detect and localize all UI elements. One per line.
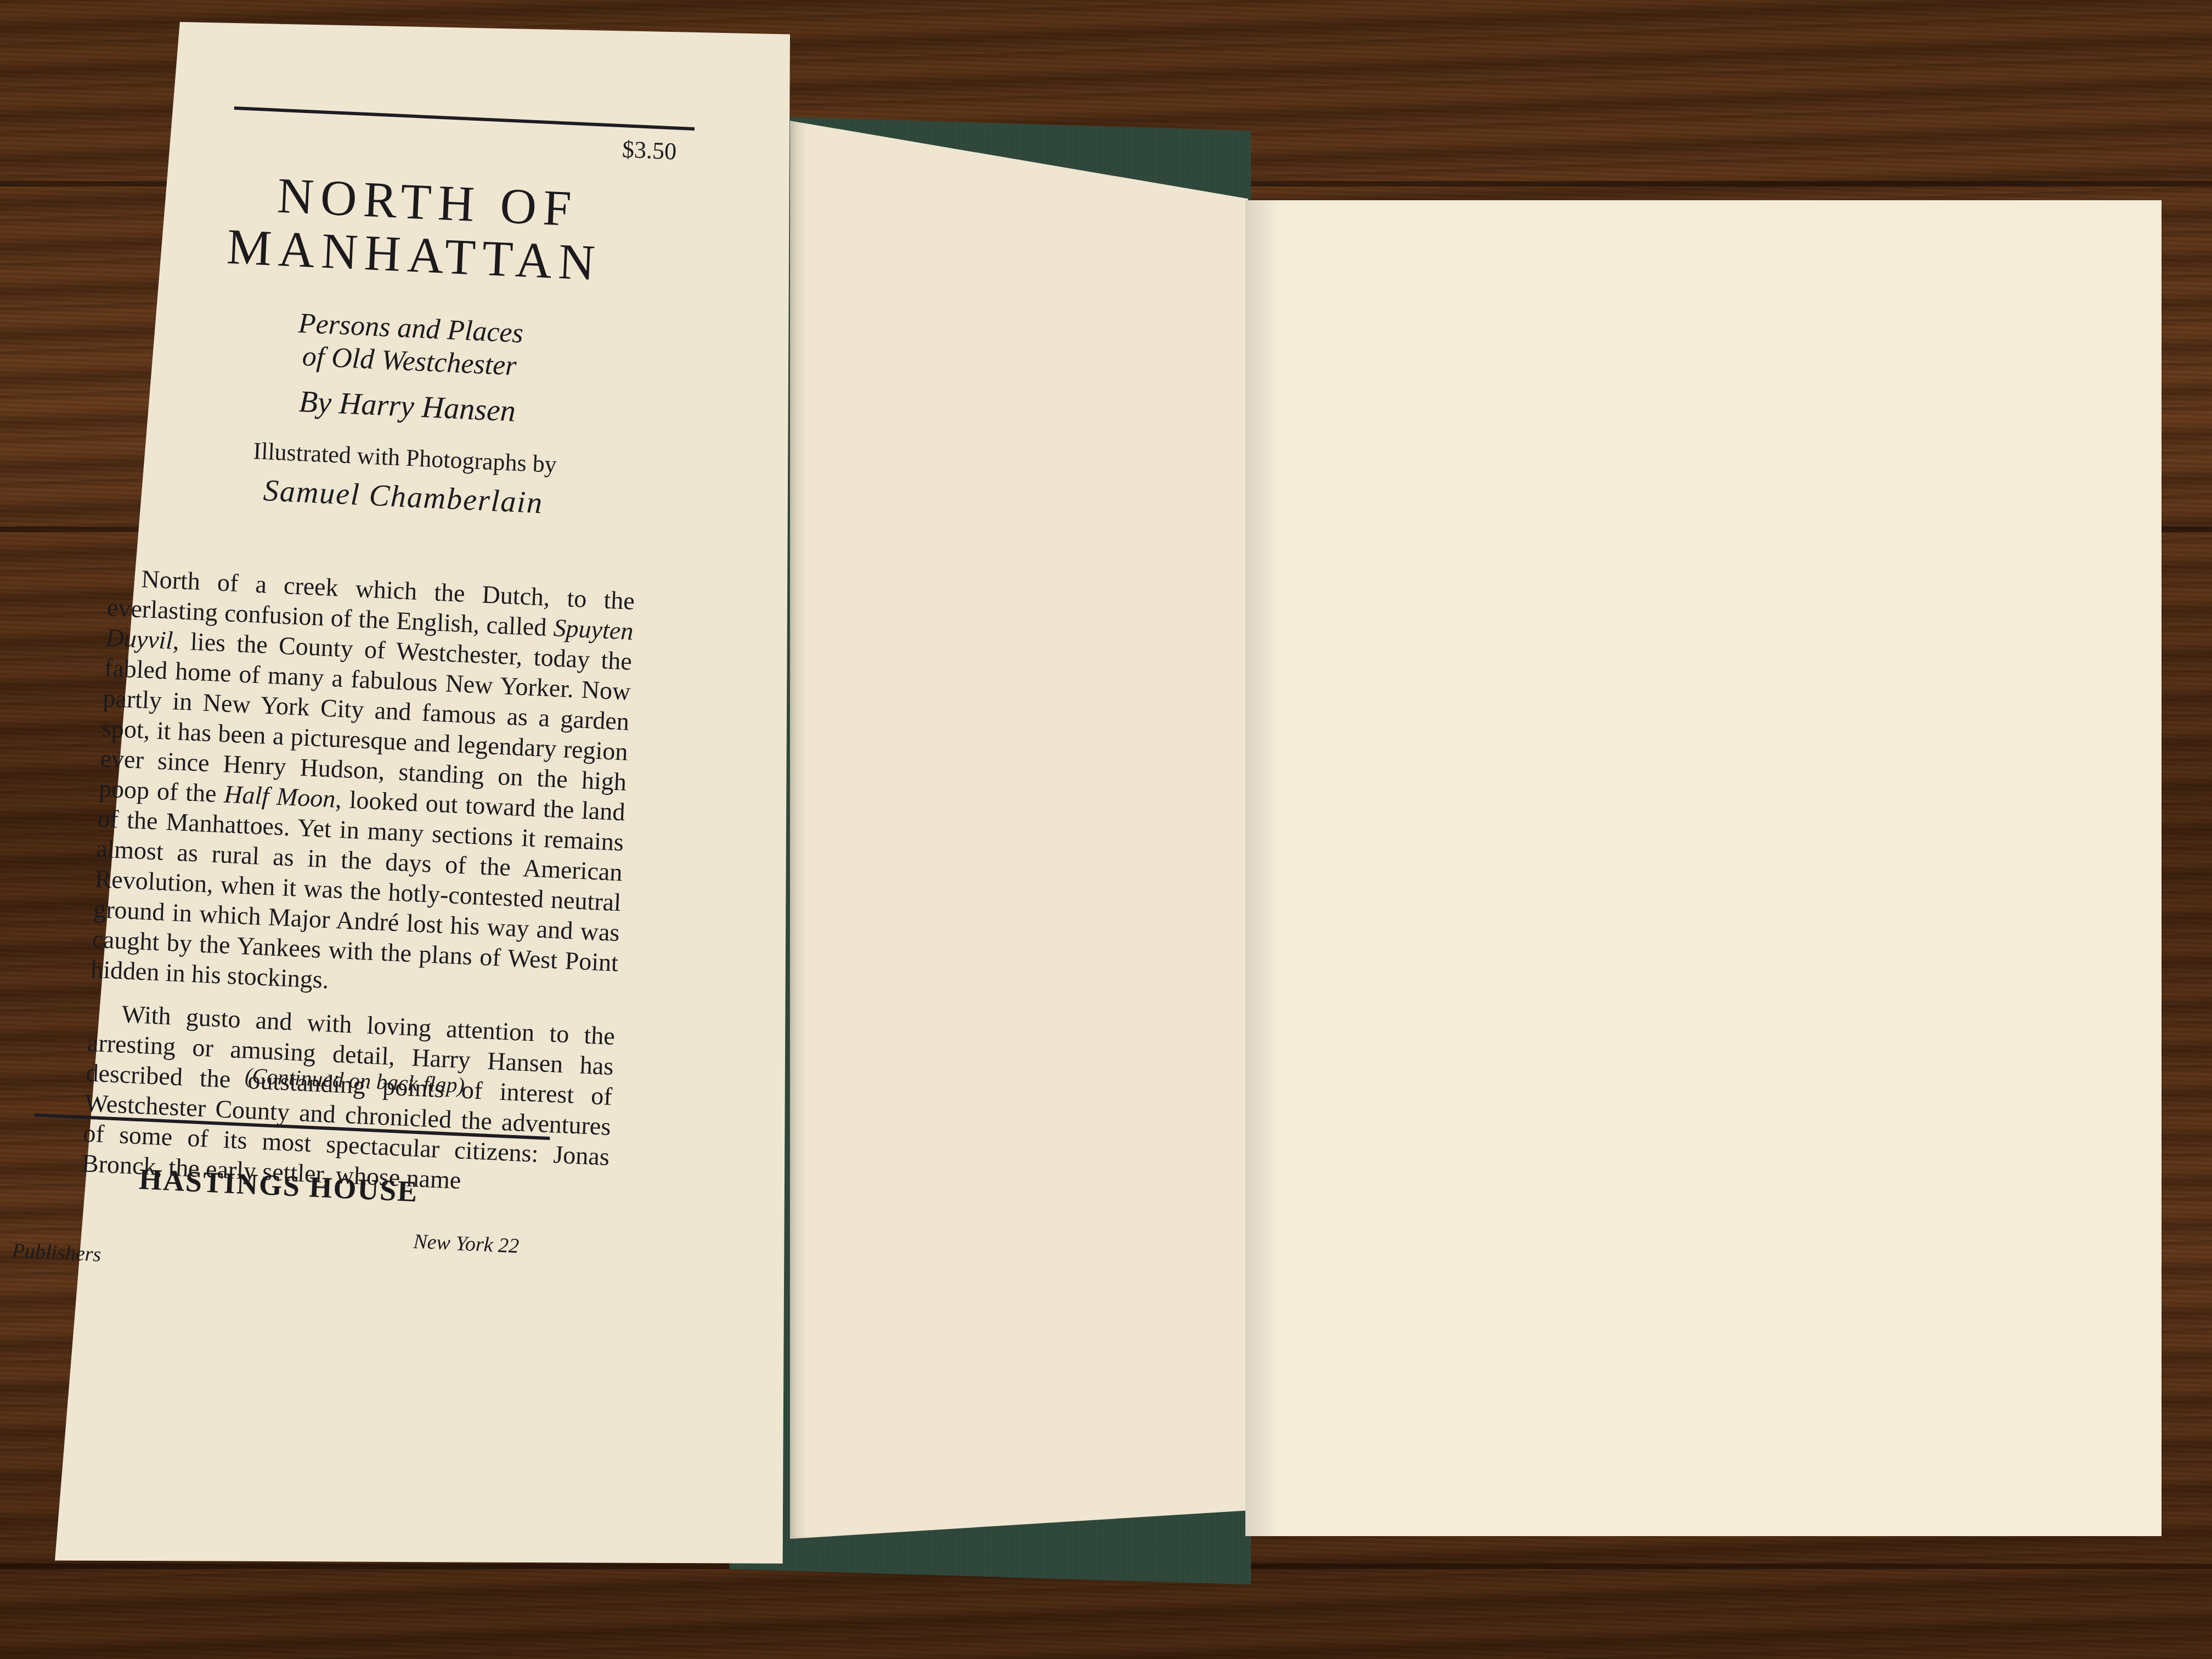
page-shadow bbox=[1245, 200, 1278, 1536]
flap-content: $3.50 NORTH OF MANHATTAN Persons and Pla… bbox=[0, 66, 751, 1577]
author-byline: By Harry Hansen bbox=[215, 380, 600, 433]
endpaper-left-page bbox=[790, 121, 1248, 1539]
price: $3.50 bbox=[622, 135, 677, 165]
book-subtitle: Persons and Places of Old Westchester bbox=[217, 303, 603, 386]
blurb-paragraph-1: North of a creek which the Dutch, to the… bbox=[90, 562, 635, 1008]
gutter-shadow bbox=[790, 121, 806, 1539]
book-title: NORTH OF MANHATTAN bbox=[166, 164, 664, 292]
publisher-city: New York 22 bbox=[413, 1229, 520, 1259]
blank-right-page bbox=[1245, 200, 2162, 1536]
italic-half-moon: Half Moon bbox=[223, 780, 336, 812]
publishers-label: Publishers bbox=[12, 1239, 101, 1267]
top-rule bbox=[234, 106, 695, 131]
flap-blurb: North of a creek which the Dutch, to the… bbox=[81, 562, 635, 1215]
